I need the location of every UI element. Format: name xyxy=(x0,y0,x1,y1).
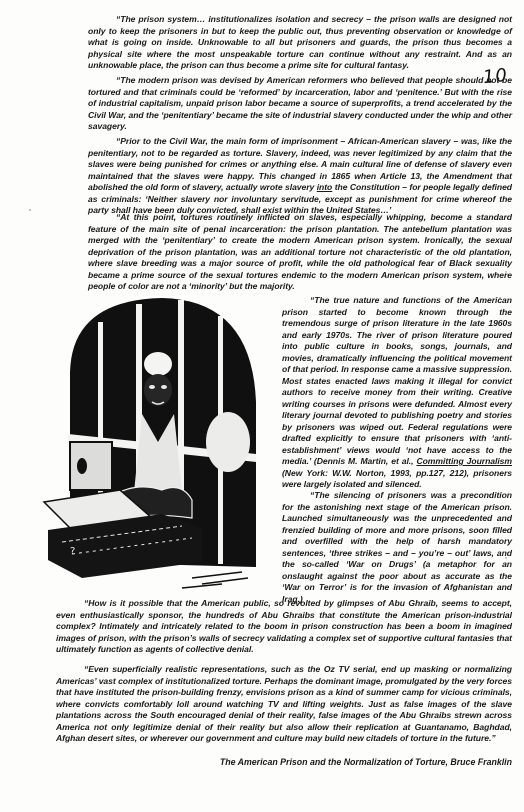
paragraph-prison-literature: “The true nature and functions of the Am… xyxy=(282,295,512,491)
paragraph-abu-ghraib: “How is it possible that the American pu… xyxy=(56,598,512,656)
paragraph-text: “The true nature and functions of the Am… xyxy=(282,295,512,466)
paragraph-modern-prison: “The modern prison was devised by Americ… xyxy=(88,75,512,133)
paragraph-text: (New York: W.W. Norton, 1993, pp.127, 21… xyxy=(282,468,512,490)
prisoner-typewriter-illustration: ? xyxy=(42,292,270,592)
paragraph-civil-war-slavery: “Prior to the Civil War, the main form o… xyxy=(88,136,512,217)
underlined-emphasis: into xyxy=(317,182,333,192)
paragraph-representations: “Even superficially realistic representa… xyxy=(56,664,512,745)
paragraph-silencing-prisoners: “The silencing of prisoners was a precon… xyxy=(282,490,512,605)
document-page: 10 “The prison system… institutionalizes… xyxy=(0,0,524,812)
svg-text:?: ? xyxy=(70,546,75,557)
source-attribution: The American Prison and the Normalizatio… xyxy=(190,757,512,768)
illustration-art: ? xyxy=(42,292,270,592)
book-title-citation: Committing Journalism xyxy=(416,456,512,466)
paragraph-prison-secrecy: “The prison system… institutionalizes is… xyxy=(88,14,512,72)
paragraph-prison-plantation: “At this point, tortures routinely infli… xyxy=(88,212,512,293)
